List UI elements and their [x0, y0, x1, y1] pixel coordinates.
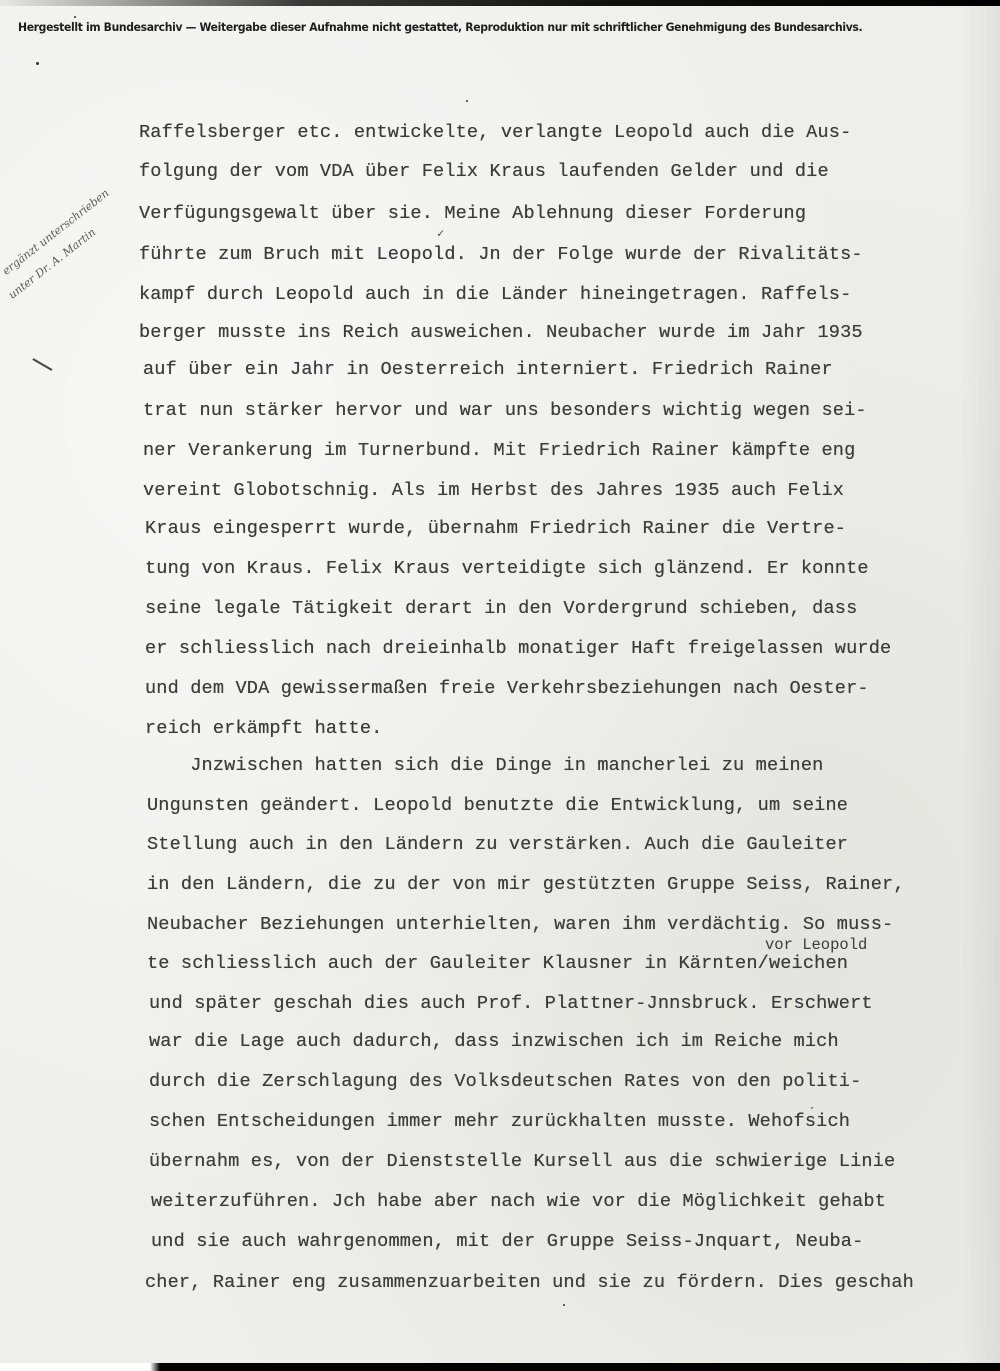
text-line: ner Verankerung im Turnerbund. Mit Fried…	[143, 440, 855, 461]
text-line: auf über ein Jahr in Oesterreich interni…	[143, 359, 833, 380]
text-line: Raffelsberger etc. entwickelte, verlangt…	[139, 122, 851, 143]
text-line: kampf durch Leopold auch in die Länder h…	[139, 284, 851, 305]
text-line: und sie auch wahrgenommen, mit der Grupp…	[151, 1231, 863, 1252]
scan-shadow	[960, 6, 1000, 1363]
text-line: seine legale Tätigkeit derart in den Vor…	[145, 598, 857, 619]
speck	[36, 62, 39, 65]
scan-border-bottom	[0, 1363, 1000, 1371]
text-line: Neubacher Beziehungen unterhielten, ware…	[147, 914, 893, 935]
text-line: tung von Kraus. Felix Kraus verteidigte …	[145, 558, 869, 579]
text-line: trat nun stärker hervor und war uns beso…	[143, 400, 867, 421]
text-line: schen Entscheidungen immer mehr zurückha…	[149, 1111, 850, 1132]
text-line: Verfügungsgewalt über sie. Meine Ablehnu…	[139, 203, 806, 224]
scan-border-top	[0, 0, 1000, 6]
speck	[563, 1304, 565, 1306]
text-line: Stellung auch in den Ländern zu verstärk…	[147, 834, 848, 855]
text-line: in den Ländern, die zu der von mir gestü…	[147, 874, 905, 895]
check-mark-icon: ✓	[437, 226, 444, 241]
text-line: führte zum Bruch mit Leopold. Jn der Fol…	[139, 244, 863, 265]
text-line: und dem VDA gewissermaßen freie Verkehrs…	[145, 678, 869, 699]
archive-notice: Hergestellt im Bundesarchiv — Weitergabe…	[18, 20, 920, 34]
text-line: durch die Zerschlagung des Volksdeutsche…	[149, 1071, 861, 1092]
text-line: Ungunsten geändert. Leopold benutzte die…	[147, 795, 848, 816]
text-line: er schliesslich nach dreieinhalb monatig…	[145, 638, 891, 659]
text-line: weiterzuführen. Jch habe aber nach wie v…	[151, 1191, 886, 1212]
text-line: Kraus eingesperrt wurde, übernahm Friedr…	[145, 518, 846, 539]
speck	[74, 16, 76, 18]
speck	[466, 100, 468, 102]
text-line: vereint Globotschnig. Als im Herbst des …	[143, 480, 844, 501]
interlinear-insertion: vor Leopold	[765, 936, 867, 954]
text-line: folgung der vom VDA über Felix Kraus lau…	[139, 161, 829, 182]
text-line: berger musste ins Reich ausweichen. Neub…	[139, 322, 863, 343]
text-line: reich erkämpft hatte.	[145, 718, 382, 739]
text-line: cher, Rainer eng zusammenzuarbeiten und …	[145, 1272, 914, 1293]
text-line: und später geschah dies auch Prof. Platt…	[149, 993, 873, 1014]
text-line: war die Lage auch dadurch, dass inzwisch…	[149, 1031, 839, 1052]
text-line: übernahm es, von der Dienststelle Kursel…	[149, 1151, 895, 1172]
text-line: Jnzwischen hatten sich die Dinge in manc…	[145, 755, 823, 776]
text-line: te schliesslich auch der Gauleiter Klaus…	[147, 953, 848, 974]
